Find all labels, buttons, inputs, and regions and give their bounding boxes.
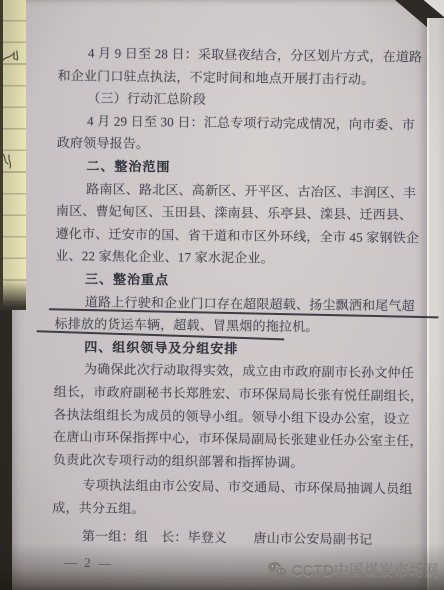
document-text: 4 月 9 日至 28 日：采取昼夜结合，分区划片方式，在道路和企业门口驻点执法… <box>52 42 424 552</box>
document-line: 成，共分五组。 <box>52 497 418 524</box>
document-line: 标排放的货运车辆，超载、冒黑烟的拖拉机。 <box>54 313 420 340</box>
page-number: — 2 — <box>64 554 113 571</box>
page-corner-highlight <box>414 0 444 17</box>
watermark: CCTD中国煤炭市场网 <box>267 559 439 581</box>
notebook-shadow <box>0 280 26 310</box>
document-line: 负责此次专项行动的组织部署和指挥协调。 <box>53 449 419 476</box>
document-line: 第一组：组 长：毕登义 唐山市公安局副书记 <box>52 525 418 552</box>
wechat-icon <box>267 561 287 579</box>
page-edge-second-page <box>427 18 444 590</box>
document-photo: 4 月 9 日至 28 日：采取昼夜结合，分区划片方式，在道路和企业门口驻点执法… <box>0 0 444 590</box>
handwriting-scribble-icon <box>0 150 16 177</box>
handwriting-scribble-icon <box>1 46 23 77</box>
watermark-label: CCTD中国煤炭市场网 <box>292 560 439 581</box>
